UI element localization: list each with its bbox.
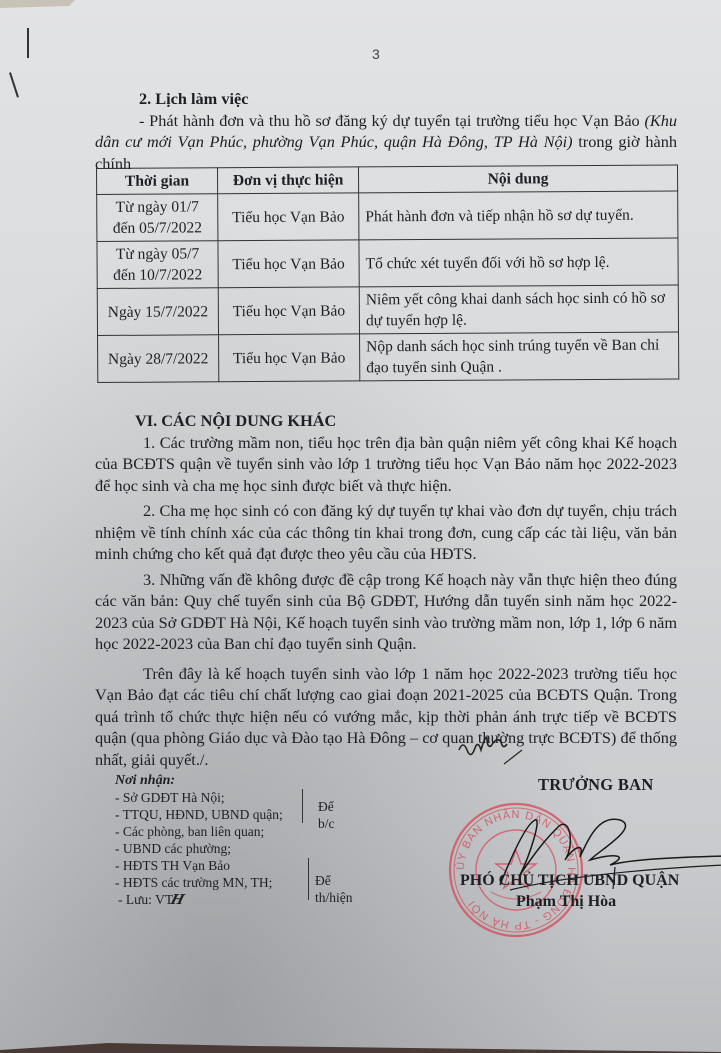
recipient-archive: - Lưu: VT	[118, 892, 173, 907]
cell-unit: Tiểu học Vạn Bảo	[218, 240, 359, 288]
cell-unit: Tiểu học Vạn Bảo	[219, 334, 360, 382]
cell-time: Từ ngày 01/7 đến 05/7/2022	[97, 194, 218, 242]
signature-position: PHÓ CHỦ TỊCH UBND QUẬN	[460, 872, 679, 890]
signatory-name: Phạm Thị Hòa	[516, 893, 616, 911]
cell-time: Ngày 28/7/2022	[98, 335, 219, 383]
recipient-item: - UBND các phường;	[115, 840, 283, 857]
table-row: Từ ngày 05/7 đến 10/7/2022 Tiểu học Vạn …	[97, 238, 678, 289]
paragraph-item: 3. Những vấn đề không được đề cập trong …	[95, 569, 677, 655]
paragraph-item: 2. Cha mẹ học sinh có con đăng ký dự tuy…	[95, 500, 677, 565]
recipient-item: - TTQU, HĐND, UBND quận;	[115, 806, 283, 823]
handwritten-initial-icon	[456, 728, 526, 768]
bracket-divider	[302, 789, 303, 823]
cell-unit: Tiểu học Vạn Bảo	[218, 193, 359, 241]
recipient-item: - HĐTS các trường MN, TH;	[115, 874, 283, 891]
recipients-title: Nơi nhận:	[115, 772, 283, 789]
bracket-divider	[308, 858, 309, 900]
archive-initial: H	[169, 892, 186, 909]
section-heading: VI. CÁC NỘI DUNG KHÁC	[95, 410, 677, 432]
recipients-block: Nơi nhận: - Sở GDĐT Hà Nội; - TTQU, HĐND…	[115, 772, 283, 909]
other-section: VI. CÁC NỘI DUNG KHÁC 1. Các trường mầm …	[95, 410, 677, 770]
recipient-item: - Các phòng, ban liên quan;	[115, 823, 283, 840]
table-row: Ngày 28/7/2022 Tiểu học Vạn Bảo Nộp danh…	[98, 332, 679, 383]
column-header-unit: Đơn vị thực hiện	[218, 167, 359, 194]
schedule-section: 2. Lịch làm việc - Phát hành đơn và thu …	[95, 88, 677, 174]
table-header-row: Thời gian Đơn vị thực hiện Nội dung	[97, 165, 678, 195]
document-page: 3 2. Lịch làm việc - Phát hành đơn và th…	[0, 0, 721, 1053]
table-row: Từ ngày 01/7 đến 05/7/2022 Tiểu học Vạn …	[97, 191, 678, 242]
section-heading: 2. Lịch làm việc	[95, 88, 677, 110]
signature-title: TRƯỞNG BAN	[538, 775, 654, 795]
column-header-time: Thời gian	[97, 168, 218, 195]
recipient-item: - Sở GDĐT Hà Nội;	[115, 789, 283, 806]
cell-time: Ngày 15/7/2022	[97, 288, 218, 336]
page-number: 3	[372, 46, 380, 62]
cell-time: Từ ngày 05/7 đến 10/7/2022	[97, 241, 218, 289]
intro-text: - Phát hành đơn và thu hồ sơ đăng ký dự …	[139, 111, 644, 130]
recipient-item: - Lưu: VTH	[115, 891, 283, 909]
recipient-item: - HĐTS TH Vạn Bảo	[115, 857, 283, 874]
cell-unit: Tiểu học Vạn Bảo	[218, 287, 359, 335]
note-report: Để b/c	[318, 798, 334, 832]
cell-content: Phát hành đơn và tiếp nhận hồ sơ dự tuyể…	[359, 191, 678, 240]
table-row: Ngày 15/7/2022 Tiểu học Vạn Bảo Niêm yết…	[97, 285, 678, 336]
column-header-content: Nội dung	[358, 165, 677, 193]
cell-content: Nộp danh sách học sinh trúng tuyển về Ba…	[360, 332, 679, 381]
schedule-table: Thời gian Đơn vị thực hiện Nội dung Từ n…	[96, 164, 679, 383]
paragraph-item: 1. Các trường mầm non, tiểu học trên địa…	[95, 432, 677, 497]
cell-content: Niêm yết công khai danh sách học sinh có…	[359, 285, 678, 334]
cell-content: Tổ chức xét tuyển đối với hồ sơ hợp lệ.	[359, 238, 678, 287]
closing-paragraph: Trên đây là kế hoạch tuyển sinh vào lớp …	[95, 663, 677, 771]
note-implement: Để th/hiện	[315, 872, 353, 906]
